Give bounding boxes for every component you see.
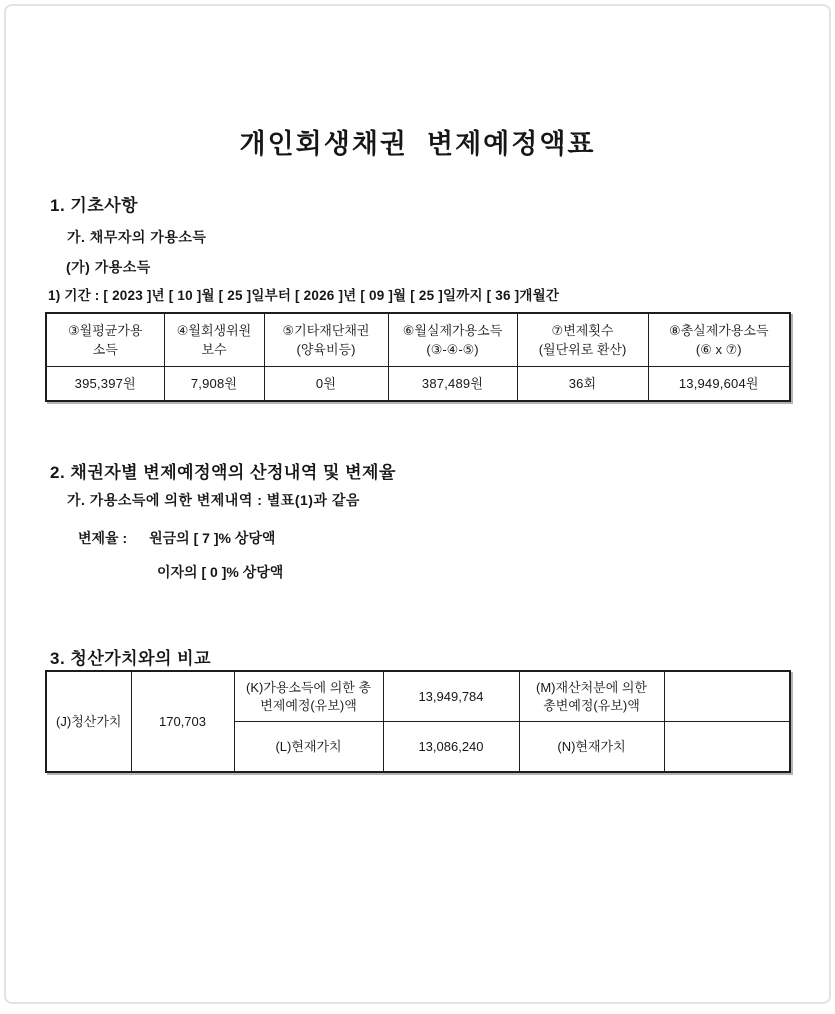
section2-heading: 2. 채권자별 변제예정액의 산정내역 및 변제율: [50, 458, 396, 483]
income-header-trustee-fee: ④월회생위원 보수: [164, 313, 264, 367]
section1-item-available-income: (가) 가용소득: [66, 257, 151, 277]
income-value-trustee-fee: 7,908원: [164, 367, 264, 402]
repayment-rate-principal-line: 변제율 :원금의 [ 7 ]% 상당액: [78, 528, 275, 548]
section1-heading: 1. 기초사항: [50, 191, 138, 216]
section2-item-repayment-detail: 가. 가용소득에 의한 변제내역 : 별표(1)과 같음: [67, 490, 360, 510]
income-header-other-estate-claims: ⑤기타재단채권 (양육비등): [264, 313, 388, 367]
section1-item-debtor-income: 가. 채무자의 가용소득: [67, 227, 206, 247]
present-value-amount: 13,086,240: [383, 722, 519, 773]
income-table-header-row: ③월평균가용 소득 ④월회생위원 보수 ⑤기타재단채권 (양육비등) ⑥월실제가…: [46, 313, 790, 367]
income-value-monthly-actual-income: 387,489원: [388, 367, 517, 402]
present-value-label: (L)현재가치: [234, 722, 383, 773]
income-table-value-row: 395,397원 7,908원 0원 387,489원 36회 13,949,6…: [46, 367, 790, 402]
income-header-avg-monthly-income: ③월평균가용 소득: [46, 313, 164, 367]
section3-heading: 3. 청산가치와의 비교: [50, 644, 211, 669]
income-value-avg-monthly-income: 395,397원: [46, 367, 164, 402]
income-header-repayment-count: ⑦변제횟수 (월단위로 환산): [517, 313, 648, 367]
income-value-other-estate-claims: 0원: [264, 367, 388, 402]
asset-disposal-expected-label: (M)재산처분에 의한 총변예정(유보)액: [519, 671, 664, 722]
income-value-repayment-count: 36회: [517, 367, 648, 402]
total-expected-repayment-amount: 13,949,784: [383, 671, 519, 722]
repayment-rate-interest: 이자의 [ 0 ]% 상당액: [157, 562, 283, 582]
liquidation-comparison-table: (J)청산가치 170,703 (K)가용소득에 의한 총 변제예정(유보)액 …: [45, 670, 791, 773]
asset-disposal-expected-amount: [664, 671, 790, 722]
liquidation-value-amount: 170,703: [131, 671, 234, 772]
income-header-monthly-actual-income: ⑥월실제가용소득 (③-④-⑤): [388, 313, 517, 367]
comparison-table-row-1: (J)청산가치 170,703 (K)가용소득에 의한 총 변제예정(유보)액 …: [46, 671, 790, 722]
repayment-rate-principal: 원금의 [ 7 ]% 상당액: [149, 530, 275, 546]
income-table: ③월평균가용 소득 ④월회생위원 보수 ⑤기타재단채권 (양육비등) ⑥월실제가…: [45, 312, 791, 402]
asset-present-value-amount: [664, 722, 790, 773]
income-value-total-actual-income: 13,949,604원: [648, 367, 790, 402]
document-title: 개인회생채권 변제예정액표: [0, 122, 835, 161]
document-page: 개인회생채권 변제예정액표 1. 기초사항 가. 채무자의 가용소득 (가) 가…: [0, 0, 835, 1014]
asset-present-value-label: (N)현재가치: [519, 722, 664, 773]
repayment-rate-label: 변제율 :: [78, 530, 127, 546]
repayment-period-line: 1) 기간 : [ 2023 ]년 [ 10 ]월 [ 25 ]일부터 [ 20…: [48, 284, 559, 304]
liquidation-value-label: (J)청산가치: [46, 671, 131, 772]
income-header-total-actual-income: ⑧총실제가용소득 (⑥ x ⑦): [648, 313, 790, 367]
total-expected-repayment-label: (K)가용소득에 의한 총 변제예정(유보)액: [234, 671, 383, 722]
